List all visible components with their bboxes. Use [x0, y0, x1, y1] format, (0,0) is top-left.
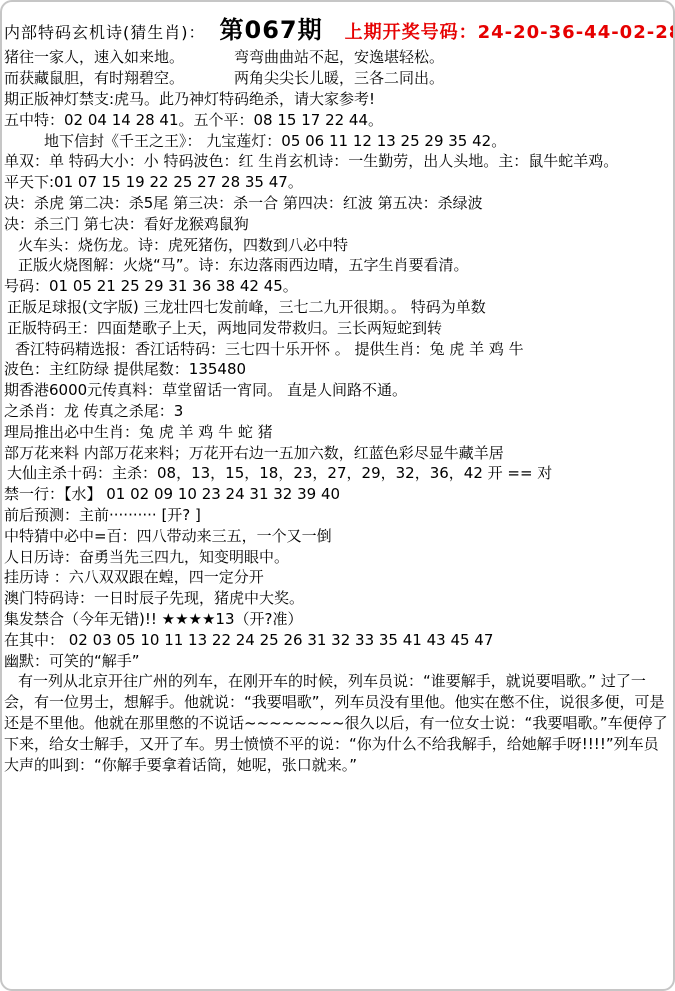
- chuanzhen-shaxiao-line: 之杀肖：龙 传真之杀尾：3: [4, 401, 671, 422]
- zhongte-cai-line: 中特猜中必中=百：四八带动来三五，一个又一倒: [4, 526, 671, 547]
- poem-row: 而获藏鼠胆，有时翔碧空。 两角尖尖长儿暖，三各二同出。: [4, 68, 671, 89]
- wuzhongte-line: 五中特：02 04 14 28 41。五个平：08 15 17 22 44。: [4, 110, 671, 131]
- bose-weishu-line: 波色：主红防绿 提供尾数：135480: [4, 359, 671, 380]
- danshuang-bose-line: 单双：单 特码大小：小 特码波色：红 生肖玄机诗：一生勤劳，出人头地。主：鼠牛蛇…: [4, 151, 671, 172]
- poem-row: 猪往一家人，速入如来地。 弯弯曲曲站不起，安逸堪轻松。: [4, 47, 671, 68]
- last-draw-numbers: 上期开奖号码：24-20-36-44-02-28+37: [345, 18, 675, 44]
- inner-poem-title: 内部特码玄机诗(猜生肖)：: [4, 20, 206, 43]
- xiangjiang-line: 香江特码精选报：香江话特码：三七四十乐开怀 。 提供生肖：兔 虎 羊 鸡 牛: [4, 339, 671, 360]
- tema-wang-line: 正版特码王：四面楚歌子上天，两地同发带救归。三长两短蛇到转: [4, 318, 671, 339]
- lottery-tip-sheet: 内部特码玄机诗(猜生肖)： 第067期 上期开奖号码：24-20-36-44-0…: [0, 0, 675, 991]
- jin-yihang-line: 禁一行：【水】 01 02 09 10 23 24 31 32 39 40: [4, 484, 671, 505]
- bizhong-shengxiao-line: 理局推出必中生肖：兔 虎 羊 鸡 牛 蛇 猪: [4, 422, 671, 443]
- wanhua-lailiao-line: 部万花来料 内部万花来料；万花开右边一五加六数，红蓝色彩尽显牛藏羊居: [4, 443, 671, 464]
- renri-lishi-line: 人日历诗：奋勇当先三四九，知变明眼中。: [4, 547, 671, 568]
- zaiqizhong-numbers-line: 在其中： 02 03 05 10 11 13 22 24 25 26 31 32…: [4, 630, 671, 651]
- poem-right-1: 弯弯曲曲站不起，安逸堪轻松。: [234, 47, 671, 68]
- daxian-shashima-line: 大仙主杀十码：主杀：08，13，15，18，23，27，29，32，36，42 …: [4, 463, 671, 484]
- shendeng-jinzhi-line: 期正版神灯禁支:虎马。此乃神灯特码绝杀，请大家参考!: [4, 89, 671, 110]
- jifa-jinhe-line: 集发禁合（今年无错)!! ★★★★13（开?准）: [4, 609, 671, 630]
- jue-6-7-line: 决：杀三门 第七决：看好龙猴鸡鼠狗: [4, 214, 671, 235]
- issue-number: 第067期: [220, 10, 323, 45]
- chuanzhen-liao-line: 期香港6000元传真料：草堂留话一宵同。 直是人间路不通。: [4, 380, 671, 401]
- poem-right-2: 两角尖尖长儿暖，三各二同出。: [234, 68, 671, 89]
- haoma-line: 号码：01 05 21 25 29 31 36 38 42 45。: [4, 276, 671, 297]
- qianhou-yuce-line: 前后预测：主前·········· [开? ]: [4, 505, 671, 526]
- header-row: 内部特码玄机诗(猜生肖)： 第067期 上期开奖号码：24-20-36-44-0…: [4, 10, 671, 45]
- huochetou-line: 火车头：烧伤龙。诗：虎死猪伤，四数到八必中特: [4, 235, 671, 256]
- guali-shi-line: 挂历诗 ：六八双双跟在蝗，四一定分开: [4, 567, 671, 588]
- humor-title-line: 幽默：可笑的“解手”: [4, 651, 671, 672]
- jue-1-to-5-line: 决：杀虎 第二决：杀5尾 第三决：杀一合 第四决：红波 第五决：杀绿波: [4, 193, 671, 214]
- zuqiubao-line: 正版足球报(文字版) 三龙壮四七发前峰，三七二九开很期。。 特码为单数: [4, 297, 671, 318]
- poem-left-1: 猪往一家人，速入如来地。: [4, 47, 234, 68]
- aomen-temashi-line: 澳门特码诗：一日时辰子先现，猪虎中大奖。: [4, 588, 671, 609]
- huoshao-tujie-line: 正版火烧图解：火烧“马”。诗：东边落雨西边晴，五字生肖要看清。: [4, 255, 671, 276]
- humor-paragraph: 有一列从北京开往广州的列车，在刚开车的时候，列车员说：“谁要解手，就说要唱歌。”…: [4, 671, 671, 776]
- pingtianxia-line: 平天下:01 07 15 19 22 25 27 28 35 47。: [4, 172, 671, 193]
- poem-left-2: 而获藏鼠胆，有时翔碧空。: [4, 68, 234, 89]
- dixia-xinfeng-line: 地下信封《千王之王》： 九宝莲灯：05 06 11 12 13 25 29 35…: [4, 131, 671, 152]
